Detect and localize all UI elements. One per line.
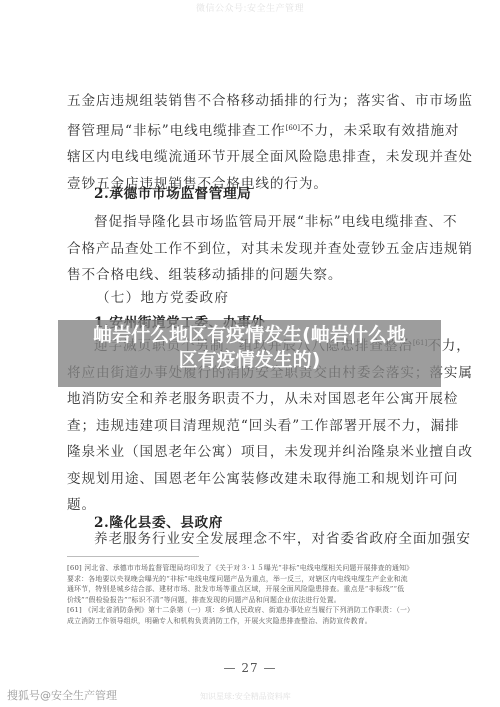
source-watermark: 搜狐号@安全生产管理 bbox=[7, 687, 117, 703]
text-line: 合格产品查处工作不到位，对其未发现并查处壹钞五金店违规销 bbox=[67, 236, 437, 263]
paragraph-market-supervision-1: 五金店违规组装销售不合格移动插排的行为；落实省、市市场监 督管理局“非标”电线电… bbox=[67, 88, 437, 197]
footnote-line: 价线”“假检验报告”“标识不清”等问题，排查发现的问题产品和问题企业依法进行处置… bbox=[67, 595, 439, 606]
text-line: 督促指导隆化县市场监管局开展“非标”电线电缆排查、不 bbox=[67, 209, 437, 236]
overlay-title-line-1: 岫岩什么地区有疫情发生(岫岩什么地 bbox=[58, 323, 441, 348]
footnote-line: 成立消防工作领导组织，明确专人和机构负责消防工作，开展火灾隐患排查整治、消防宣传… bbox=[67, 616, 439, 627]
footnote-60: [60] 河北省、承德市市场监督管理局均印发了《关于对３·１５曝光“非标”电线电… bbox=[67, 563, 439, 605]
text-line: 五金店违规组装销售不合格移动插排的行为；落实省、市市场监 bbox=[67, 88, 437, 115]
text-line: 辖区内电线电缆流通环节开展全面风险隐患排查，未发现并查处 bbox=[67, 144, 437, 171]
text-line: 查；违规违建项目清理规范“回头看”工作部署开展不力，漏排 bbox=[67, 413, 437, 440]
subheading-local-party-government: （七）地方党委政府 bbox=[96, 286, 229, 306]
overlay-title-line-2: 区有疫情发生的) bbox=[58, 348, 441, 373]
footnote-61: [61] 《河北省消防条例》第十二条第（一）项：乡镇人民政府、街道办事处应当履行… bbox=[67, 605, 439, 626]
footnote-divider bbox=[67, 556, 199, 557]
top-watermark: 微信公众号:安全生产管理 bbox=[0, 1, 500, 14]
paragraph-chengde: 督促指导隆化县市场监管局开展“非标”电线电缆排查、不 合格产品查处工作不到位，对… bbox=[67, 209, 437, 289]
document-page: 微信公众号:安全生产管理 五金店违规组装销售不合格移动插排的行为；落实省、市市场… bbox=[0, 0, 500, 707]
footnote-line: [60] 河北省、承德市市场监督管理局均印发了《关于对３·１５曝光“非标”电线电… bbox=[67, 563, 439, 574]
footnotes: [60] 河北省、承德市市场监督管理局均印发了《关于对３·１５曝光“非标”电线电… bbox=[67, 563, 439, 627]
footnote-line: 要求：各地要以央视晚会曝光的“非标”电线电缆问题产品为重点，举一反三，对辖区内电… bbox=[67, 574, 439, 585]
footnote-line: 通环节，特别是城乡结合部、建材市场、批发市场等重点区域，开展全面风险隐患排查。重… bbox=[67, 584, 439, 595]
text-line: 养老服务行业安全发展理念不牢，对省委省政府全面加强安 bbox=[67, 526, 437, 553]
text-line: 变规划用途、国恩老年公寓装修改建未取得施工和规划许可问 bbox=[67, 466, 437, 493]
paragraph-longhua: 养老服务行业安全发展理念不牢，对省委省政府全面加强安 bbox=[67, 526, 437, 553]
footnote-ref-60[interactable]: [60] bbox=[286, 124, 300, 132]
text-line: 地消防安全和养老服务职责不力，从未对国恩老年公寓开展检 bbox=[67, 386, 437, 413]
text-line: 售不合格电线、组装移动插排的问题失察。 bbox=[67, 262, 437, 289]
footnote-line: [61] 《河北省消防条例》第十二条第（一）项：乡镇人民政府、街道办事处应当履行… bbox=[67, 605, 439, 616]
heading-chengde-market-bureau: 2.承德市市场监督管理局 bbox=[94, 182, 251, 202]
text-line: 督管理局“非标”电线电缆排查工作[60]不力，未采取有效措施对 bbox=[67, 115, 437, 145]
text-line: 隆泉米业（国恩老年公寓）项目，未发现并纠治隆泉米业擅自改 bbox=[67, 439, 437, 466]
page-number: — 27 — bbox=[0, 661, 500, 675]
article-title-overlay: 岫岩什么地区有疫情发生(岫岩什么地 区有疫情发生的) bbox=[58, 320, 441, 373]
bottom-watermark: 知识星球:安全精品资料库 bbox=[200, 691, 291, 702]
